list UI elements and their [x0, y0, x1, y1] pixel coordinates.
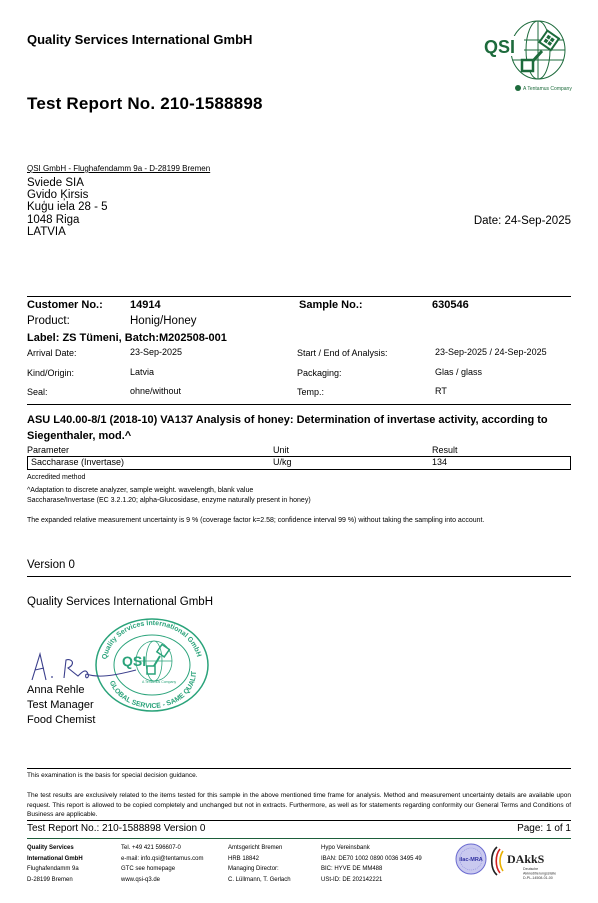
footer-company-column: Quality Services International GmbH Flug…: [27, 843, 83, 885]
footer-website-link[interactable]: www.qsi-q3.de: [121, 875, 203, 886]
uncertainty-note: The expanded relative measurement uncert…: [27, 516, 547, 526]
company-name-header: Quality Services International GmbH: [27, 32, 252, 47]
temp-label: Temp.:: [297, 387, 324, 397]
column-header-parameter: Parameter: [27, 445, 69, 455]
footer-email-link[interactable]: e-mail: info.qsi@tentamus.com: [121, 854, 203, 865]
origin-label: Kind/Origin:: [27, 368, 74, 378]
svg-text:A Tentamus Company: A Tentamus Company: [142, 680, 176, 684]
dakks-logo: DAkkS Deutsche Akkreditierungsstelle D-P…: [489, 843, 573, 883]
svg-text:ilac-MRA: ilac-MRA: [459, 857, 483, 863]
sample-no-label: Sample No.:: [299, 299, 363, 311]
footer-company-line: Flughafendamm 9a: [27, 864, 83, 875]
footer-company-line: D-28199 Bremen: [27, 875, 83, 886]
analysis-period-label: Start / End of Analysis:: [297, 348, 388, 358]
report-title: Test Report No. 210-1588898: [27, 94, 263, 114]
result-parameter: Saccharase (Invertase): [31, 457, 124, 467]
signoff-company: Quality Services International GmbH: [27, 596, 213, 608]
recipient-city: 1048 Riga: [27, 214, 108, 226]
footer-gtc: GTC see homepage: [121, 864, 203, 875]
legal-disclaimer: The test results are exclusively related…: [27, 791, 571, 820]
footer-bank-line: BIC: HYVE DE MM488: [321, 864, 422, 875]
svg-text:Deutsche: Deutsche: [523, 867, 538, 871]
footer-report-reference: Test Report No.: 210-1588898 Version 0: [27, 823, 205, 834]
footer-phone: Tel. +49 421 596607-0: [121, 843, 203, 854]
divider: [27, 768, 571, 769]
packaging-label: Packaging:: [297, 368, 342, 378]
sample-no-value: 630546: [432, 299, 469, 311]
footer-divider: [27, 838, 571, 839]
footer-company-line: Quality Services: [27, 843, 83, 854]
label-batch-line: Label: ZS Tümeni, Batch:M202508-001: [27, 332, 227, 344]
decision-guidance-note: This examination is the basis for specia…: [27, 772, 198, 779]
qsi-globe-key-logo-icon: QSI A Tentamus Company: [478, 20, 578, 96]
footer-registry-line: Managing Director:: [228, 864, 291, 875]
column-header-unit: Unit: [273, 445, 289, 455]
packaging-value: Glas / glass: [435, 367, 482, 377]
footer-bank-line: USt-ID: DE 202142221: [321, 875, 422, 886]
customer-no-value: 14914: [130, 299, 161, 311]
svg-text:Akkreditierungsstelle: Akkreditierungsstelle: [523, 872, 556, 876]
signer-title: Food Chemist: [27, 713, 95, 728]
seal-value: ohne/without: [130, 386, 181, 396]
footer-registry-column: Amtsgericht Bremen HRB 18842 Managing Di…: [228, 843, 291, 885]
footer-registry-line: Amtsgericht Bremen: [228, 843, 291, 854]
svg-text:DAkkS: DAkkS: [507, 852, 545, 866]
divider: [27, 576, 571, 577]
ilac-mra-badge-icon: ilac-MRA: [455, 843, 487, 875]
method-adaptation-note: ^Adaptation to discrete analyzer, sample…: [27, 486, 547, 496]
product-value: Honig/Honey: [130, 315, 196, 327]
recipient-country: LATVIA: [27, 226, 108, 238]
temp-value: RT: [435, 386, 447, 396]
signer-block: Anna Rehle Test Manager Food Chemist: [27, 683, 95, 728]
svg-text:A Tentamus Company: A Tentamus Company: [523, 86, 572, 92]
divider: [27, 296, 571, 297]
recipient-company: Sviede SIA: [27, 177, 108, 189]
svg-text:D-PL-14508-01-00: D-PL-14508-01-00: [523, 876, 553, 880]
signer-name: Anna Rehle: [27, 683, 95, 698]
svg-text:QSI: QSI: [484, 37, 515, 57]
dakks-accreditation-icon: DAkkS Deutsche Akkreditierungsstelle D-P…: [489, 843, 573, 883]
column-header-result: Result: [432, 445, 458, 455]
footer-registry-line: C. Lüllmann, T. Gerlach: [228, 875, 291, 886]
arrival-date-value: 23-Sep-2025: [130, 347, 182, 357]
signer-role: Test Manager: [27, 698, 95, 713]
origin-value: Latvia: [130, 367, 154, 377]
seal-label: Seal:: [27, 387, 48, 397]
product-label: Product:: [27, 315, 70, 327]
handwritten-signature-icon: [28, 650, 138, 686]
footer-bank-line: Hypo Vereinsbank: [321, 843, 422, 854]
footer-bank-column: Hypo Vereinsbank IBAN: DE70 1002 0890 00…: [321, 843, 422, 885]
arrival-date-label: Arrival Date:: [27, 348, 77, 358]
method-title: ASU L40.00-8/1 (2018-10) VA137 Analysis …: [27, 412, 567, 444]
divider: [27, 404, 571, 405]
footer-contact-column: Tel. +49 421 596607-0 e-mail: info.qsi@t…: [121, 843, 203, 885]
accredited-note: Accredited method: [27, 474, 85, 481]
analysis-period-value: 23-Sep-2025 / 24-Sep-2025: [435, 347, 547, 357]
sender-address-line: QSI GmbH - Flughafendamm 9a - D-28199 Br…: [27, 164, 210, 173]
recipient-address: Sviede SIA Gvido Ķirsis Kuģu iela 28 - 5…: [27, 177, 108, 238]
footer-bank-line: IBAN: DE70 1002 0890 0036 3495 49: [321, 854, 422, 865]
recipient-street: Kuģu iela 28 - 5: [27, 201, 108, 213]
report-date: Date: 24-Sep-2025: [474, 215, 571, 227]
enzyme-note: Saccharase/Invertase (EC 3.2.1.20; alpha…: [27, 496, 547, 506]
footer-company-line: International GmbH: [27, 854, 83, 865]
qsi-logo: QSI A Tentamus Company: [478, 20, 578, 96]
customer-no-label: Customer No.:: [27, 299, 103, 311]
result-value: 134: [432, 457, 447, 467]
version-label: Version 0: [27, 559, 75, 571]
page-number: Page: 1 of 1: [517, 823, 571, 834]
footer-registry-line: HRB 18842: [228, 854, 291, 865]
divider: [27, 820, 571, 821]
recipient-contact: Gvido Ķirsis: [27, 189, 108, 201]
ilac-mra-logo: ilac-MRA: [455, 843, 487, 875]
signature: [28, 650, 138, 686]
result-unit: U/kg: [273, 457, 292, 467]
